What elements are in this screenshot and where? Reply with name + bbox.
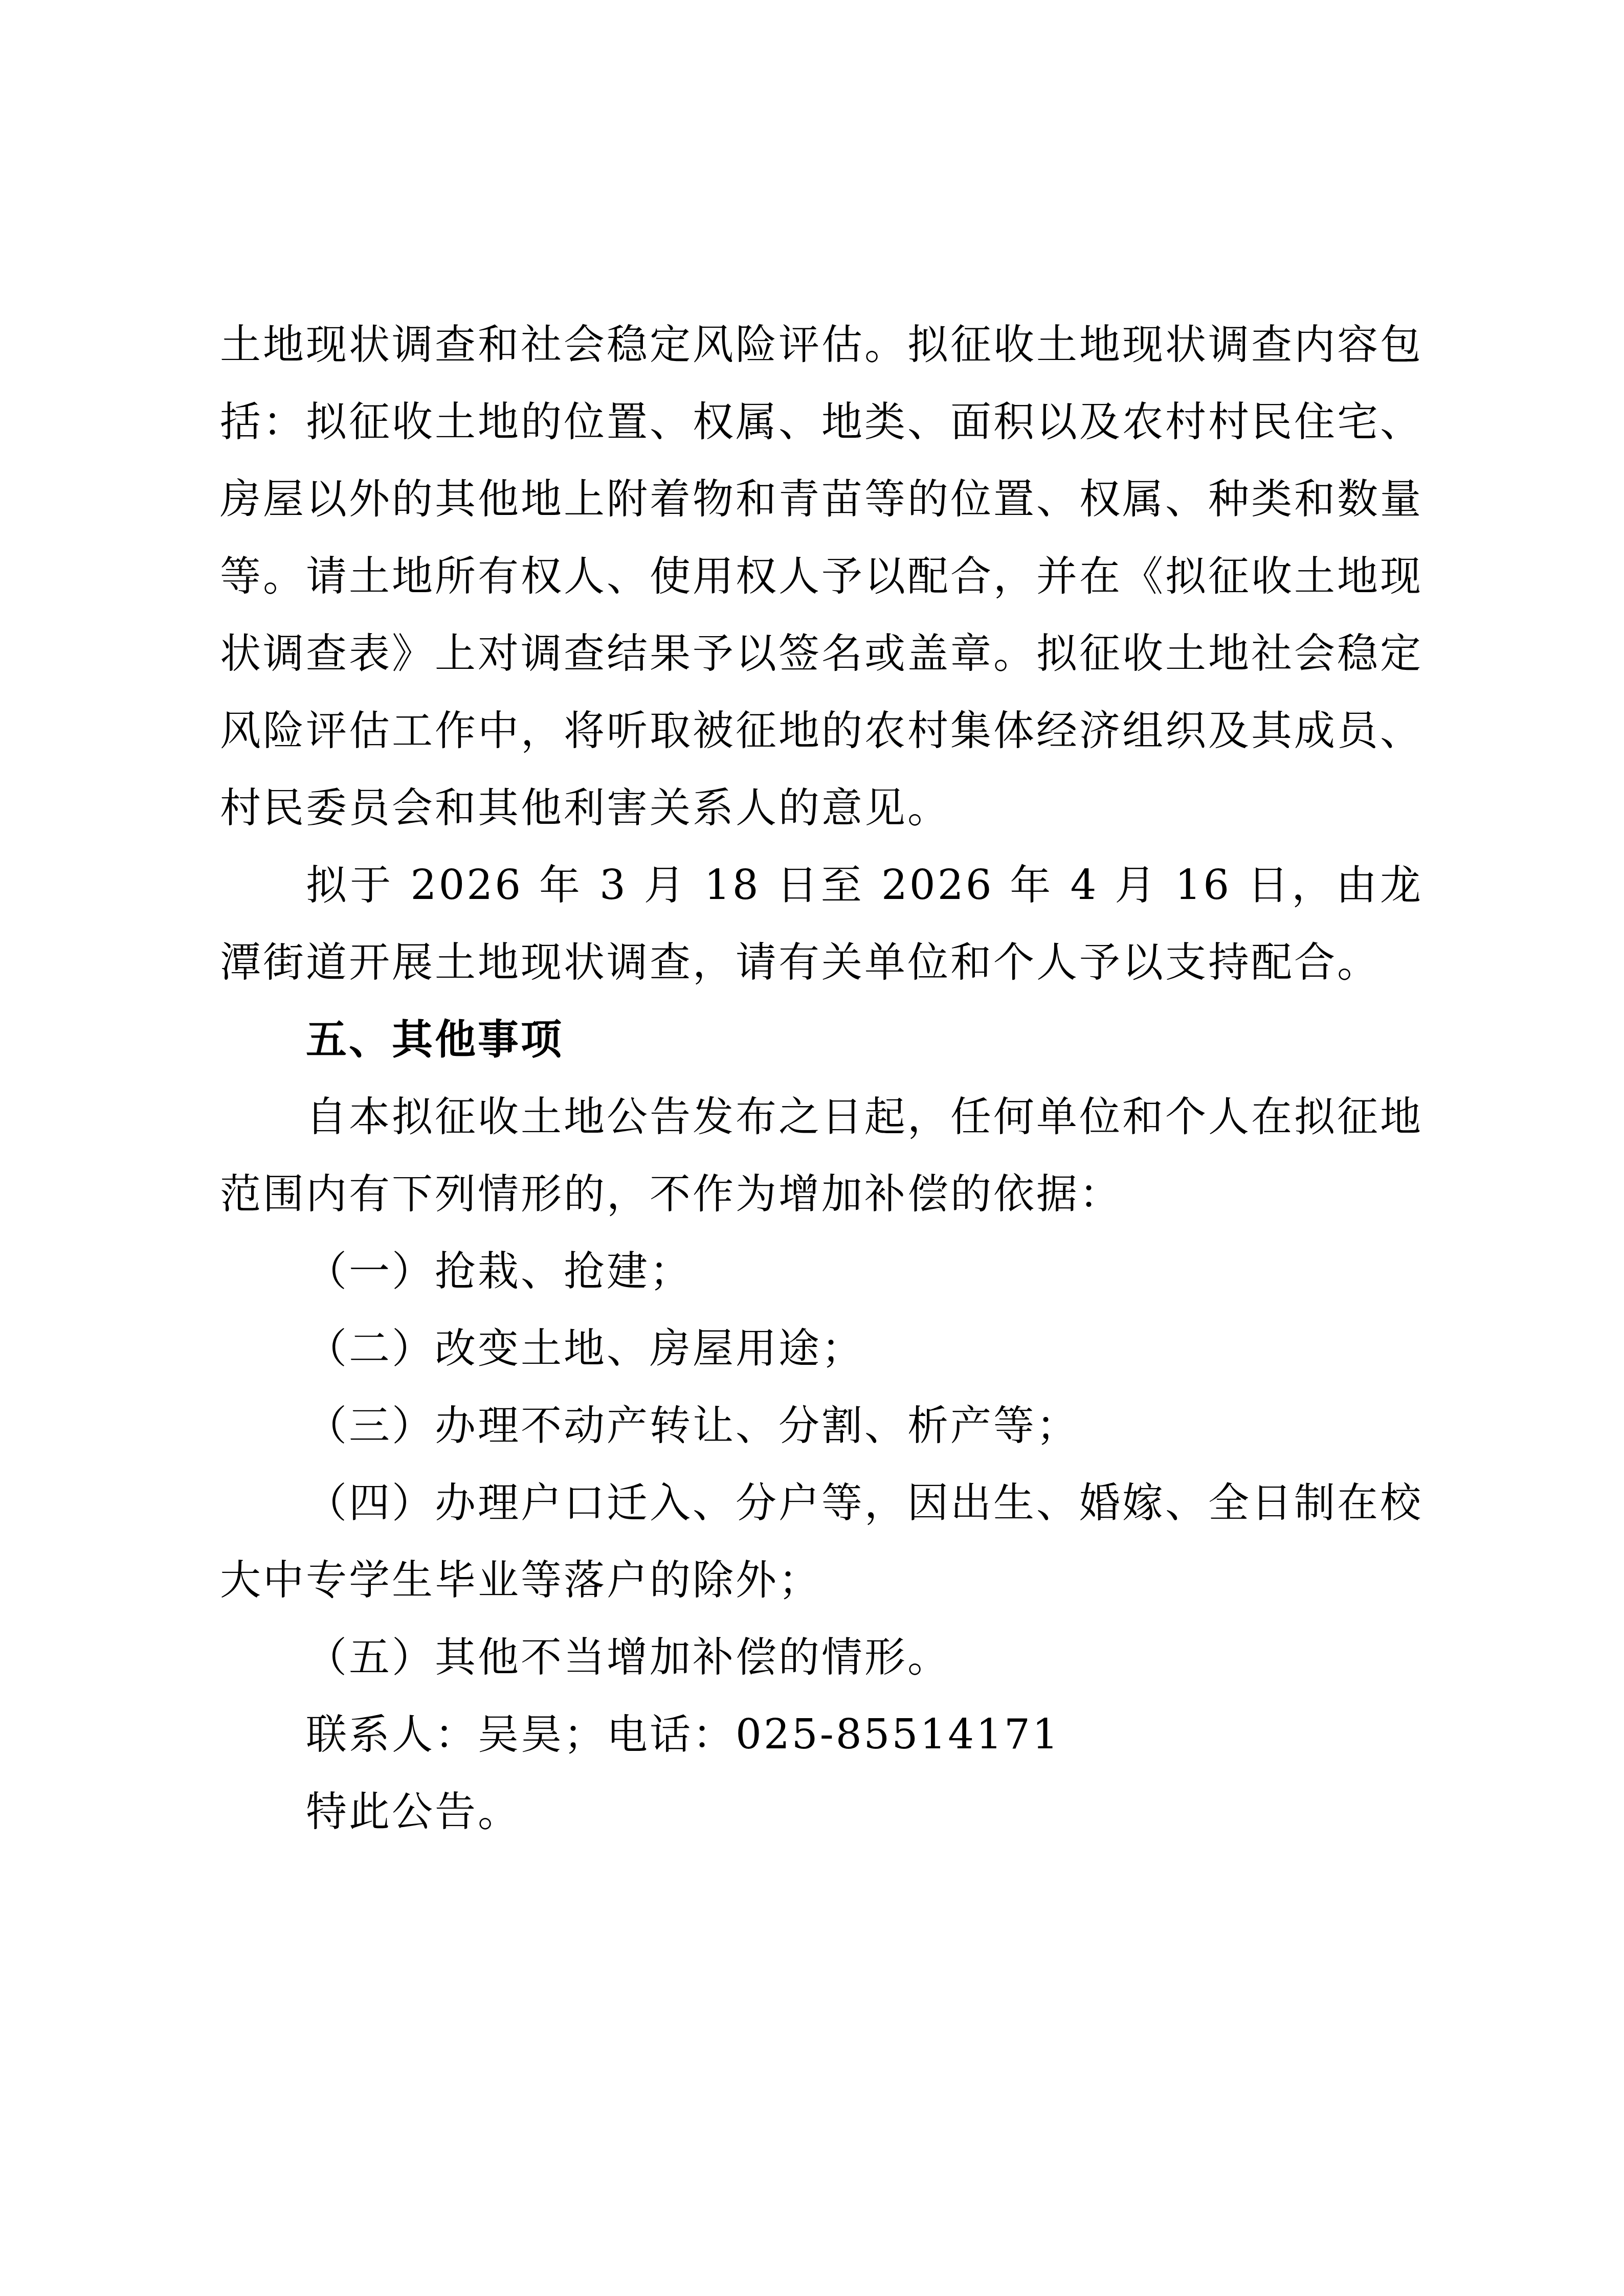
- closing-statement: 特此公告。: [220, 1773, 1423, 1850]
- paragraph-other-matters-intro: 自本拟征收土地公告发布之日起，任何单位和个人在拟征地范围内有下列情形的，不作为增…: [220, 1078, 1423, 1232]
- list-item-2: （二）改变土地、房屋用途；: [220, 1310, 1423, 1387]
- document-page: 土地现状调查和社会稳定风险评估。拟征收土地现状调查内容包括：拟征收土地的位置、权…: [0, 0, 1624, 2296]
- section-heading-other-matters: 五、其他事项: [220, 1001, 1423, 1078]
- paragraph-survey-content: 土地现状调查和社会稳定风险评估。拟征收土地现状调查内容包括：拟征收土地的位置、权…: [220, 306, 1423, 846]
- document-body: 土地现状调查和社会稳定风险评估。拟征收土地现状调查内容包括：拟征收土地的位置、权…: [220, 306, 1423, 1850]
- list-item-4: （四）办理户口迁入、分户等，因出生、婚嫁、全日制在校大中专学生毕业等落户的除外；: [220, 1464, 1423, 1618]
- list-item-1: （一）抢栽、抢建；: [220, 1232, 1423, 1310]
- contact-line: 联系人：吴昊；电话：025-85514171: [220, 1696, 1423, 1773]
- list-item-5: （五）其他不当增加补偿的情形。: [220, 1618, 1423, 1696]
- paragraph-survey-schedule: 拟于 2026 年 3 月 18 日至 2026 年 4 月 16 日，由龙潭街…: [220, 846, 1423, 1001]
- list-item-3: （三）办理不动产转让、分割、析产等；: [220, 1387, 1423, 1464]
